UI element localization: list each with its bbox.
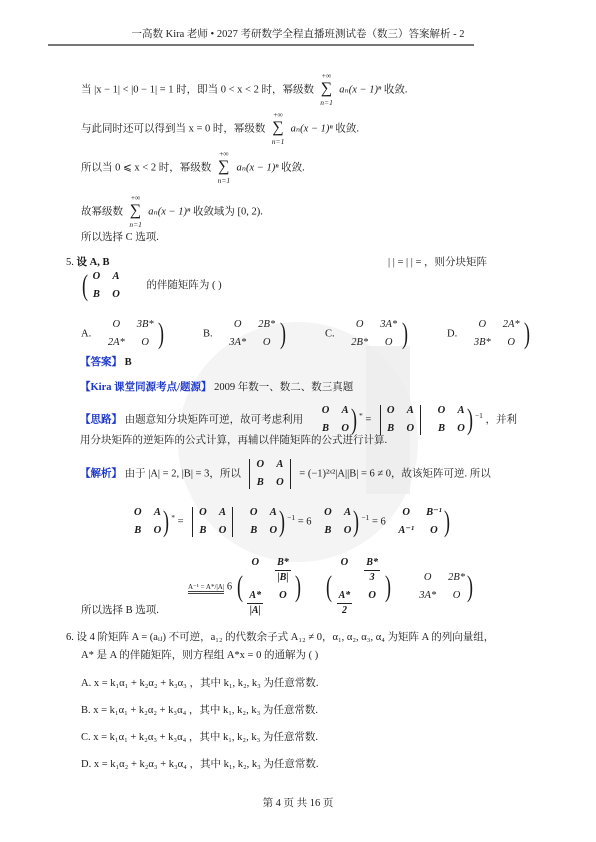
option-matrix: O2A*3B*O (474, 318, 520, 350)
series-term: aₙ(x − 1)ⁿ (236, 162, 278, 173)
text: = (−1)²ˣ²|A||B| = 6 ≠ 0，故该矩阵可逆. 所以 (299, 468, 490, 479)
text: 收敛域为 [0, 2). (193, 206, 263, 217)
option-matrix: O3A*2B*O (351, 318, 397, 350)
analysis-tag: 【解析】 (80, 468, 122, 479)
q5-option-b[interactable]: B. O2B*3A*O ) (203, 318, 288, 350)
solution-line-3: 所以当 0 ⩽ x < 2 时，幂级数 +∞∑n=1 aₙ(x − 1)ⁿ 收敛… (81, 160, 305, 176)
text: 收敛. (281, 162, 305, 173)
text: 所以当 0 ⩽ x < 2 时，幂级数 (81, 162, 211, 173)
text: 设 A, B (77, 257, 110, 268)
det-matrix: OABO (256, 458, 283, 490)
solution-line-4: 故幂级数 +∞∑n=1 aₙ(x − 1)ⁿ 收敛域为 [0, 2). (81, 204, 263, 220)
answer-tag: 【答案】 (80, 357, 122, 368)
q6-option-a[interactable]: A. x = k₁α₁ + k₂α₂ + k₃α₃ ，其中 k₁, k₂, k₃… (81, 677, 319, 691)
q5-idea-line2: 用分块矩阵的逆矩阵的公式计算，再辅以伴随矩阵的公式进行计算. (80, 434, 387, 448)
left-paren: ( (82, 273, 88, 299)
source-tag: 【Kira 课堂同源考点/题源】 (80, 382, 212, 393)
det-matrix: OABO (199, 506, 226, 538)
solution-conclusion: 所以选择 C 选项. (81, 231, 159, 245)
series-term: aₙ(x − 1)ⁿ (339, 84, 381, 95)
idea-tag: 【思路】 (80, 414, 122, 425)
q6-stem-line2: A* 是 A 的伴随矩阵，则方程组 A*x = 0 的通解为 ( ) (81, 649, 318, 663)
text: 收敛. (384, 84, 408, 95)
q5-analysis: 【解析】 由于 |A| = 2, |B| = 3，所以 OABO = (−1)²… (80, 458, 491, 490)
solution-line-2: 与此同时还可以得到当 x = 0 时，幂级数 +∞∑n=1 aₙ(x − 1)ⁿ… (81, 121, 359, 137)
sum-symbol: +∞∑n=1 (216, 160, 232, 176)
page-header: 一高数 Kira 老师 • 2027 考研数学全程直播班测试卷（数三）答案解析 … (0, 26, 596, 41)
matrix: OABO (438, 404, 465, 436)
q6-option-b[interactable]: B. x = k₁α₁ + k₂α₂ + k₃α₄ ，其中 k₁, k₂, k₃… (81, 704, 318, 718)
block-matrix: OA BO (93, 270, 120, 302)
q5-idea: 【思路】 由题意知分块矩阵可逆，故可考虑利用 OABO)* = OABO OAB… (80, 404, 517, 436)
question-number: 6. (66, 632, 74, 643)
q6-stem-line1: 6. 设 4 阶矩阵 A = (aᵢⱼ) 不可逆，a₁₂ 的代数余子式 A₁₂ … (66, 631, 494, 645)
text: 故幂级数 (81, 206, 123, 217)
q5-conclusion: 所以选择 B 选项. (81, 604, 159, 618)
sum-symbol: +∞∑n=1 (319, 82, 335, 98)
q5-option-a[interactable]: A. O3B*2A*O ) (81, 318, 166, 350)
option-matrix: O3B*2A*O (108, 318, 154, 350)
q5-stem: 5. 设 A, B (66, 256, 109, 270)
text: 由于 |A| = 2, |B| = 3，所以 (125, 468, 241, 479)
frac-matrix: O B*|B| A*|A| O (247, 556, 290, 618)
q6-option-d[interactable]: D. x = k₁α₂ + k₂α₃ + k₃α₄ ，其中 k₁, k₂, k₃… (81, 758, 319, 772)
q5-matrix: ( OA BO 的伴随矩阵为 ( ) (80, 270, 222, 302)
header-divider (48, 44, 474, 46)
answer-value: B (125, 357, 132, 368)
text: 与此同时还可以得到当 x = 0 时，幂级数 (81, 123, 265, 134)
matrix: OABO (322, 404, 349, 436)
matrix: OABO (250, 506, 277, 538)
q5-option-c[interactable]: C. O3A*2B*O ) (325, 318, 410, 350)
frac-matrix-2: O B*3 A*2 O (337, 556, 380, 618)
q5-option-d[interactable]: D. O2A*3B*O ) (447, 318, 532, 350)
series-term: aₙ(x − 1)ⁿ (291, 123, 333, 134)
question-number: 5. (66, 257, 74, 268)
text: 由题意知分块矩阵可逆，故可考虑利用 (125, 414, 304, 425)
option-matrix: O2B*3A*O (229, 318, 275, 350)
q5-answer: 【答案】 B (80, 356, 132, 370)
det-matrix: OABO (387, 404, 414, 436)
text: 当 |x − 1| < |0 − 1| = 1 时，即当 0 < x < 2 时… (81, 84, 314, 95)
matrix: OABO (134, 506, 161, 538)
text: 收敛. (335, 123, 359, 134)
q5-source: 【Kira 课堂同源考点/题源】 2009 年数一、数二、数三真题 (80, 381, 353, 395)
solution-line-1: 当 |x − 1| < |0 − 1| = 1 时，即当 0 < x < 2 时… (81, 82, 408, 98)
series-term: aₙ(x − 1)ⁿ (148, 206, 190, 217)
matrix: OABO (324, 506, 351, 538)
q5-stem-right: | | = | | = ，则分块矩阵 (388, 256, 487, 270)
sum-symbol: +∞∑n=1 (128, 204, 144, 220)
inverse-matrix: OB⁻¹A⁻¹O (398, 506, 441, 538)
text: ，并利 (485, 414, 517, 425)
q5-equation-2: A⁻¹ = A*/|A| 6 ( O B*|B| A*|A| O ) ( O B… (188, 556, 475, 618)
page-footer: 第 4 页 共 16 页 (0, 795, 596, 810)
q6-option-c[interactable]: C. x = k₁α₁ + k₂α₃ + k₃α₄ ，其中 k₁, k₂, k₃… (81, 731, 318, 745)
text: 的伴随矩阵为 ( ) (146, 280, 221, 291)
source-text: 2009 年数一、数二、数三真题 (214, 382, 353, 393)
formula-label: A⁻¹ = A*/|A| (188, 583, 224, 594)
final-matrix: O2B*3A*O (419, 571, 465, 603)
q5-equation-1: OABO)* = OABO OABO)−1 = 6 OABO)−1 = 6 OB… (134, 506, 452, 538)
sum-symbol: +∞∑n=1 (270, 121, 286, 137)
text: 设 4 阶矩阵 A = (aᵢⱼ) 不可逆，a₁₂ 的代数余子式 A₁₂ ≠ 0… (77, 632, 495, 643)
